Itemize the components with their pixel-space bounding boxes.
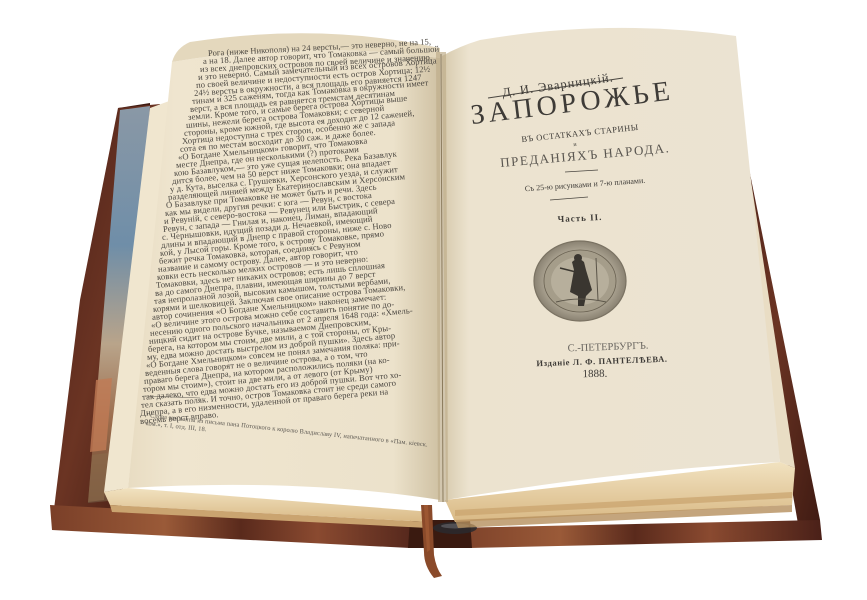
left-page-text: Рога (ниже Никополя) на 24 версты,— это … [0,0,867,600]
book-photo-scene: Д. И. Эварницкій. ЗАПОРОЖЬЕ ВЪ ОСТАТКАХЪ… [0,0,867,600]
footnote: ¹ Слова эти взяты из письма пана Потоцко… [145,412,435,458]
